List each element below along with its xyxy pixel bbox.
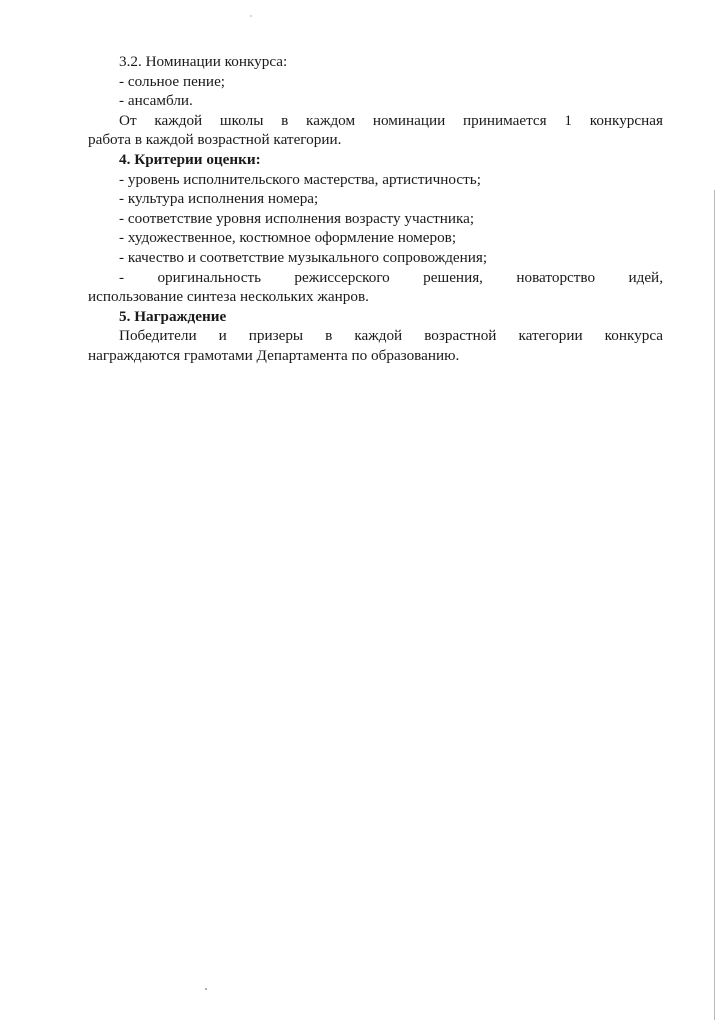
nomination-item: - сольное пение; <box>88 72 663 92</box>
criteria-item: - оригинальность режиссерского решения, … <box>88 268 663 288</box>
scan-speck <box>250 15 252 17</box>
section-3-2-paragraph-line: От каждой школы в каждом номинации прини… <box>88 111 663 131</box>
scan-speck <box>205 988 207 990</box>
nomination-item: - ансамбли. <box>88 91 663 111</box>
criteria-item-continuation: использование синтеза нескольких жанров. <box>88 287 663 307</box>
section-4-heading: 4. Критерии оценки: <box>88 150 663 170</box>
criteria-item: - культура исполнения номера; <box>88 189 663 209</box>
criteria-item: - качество и соответствие музыкального с… <box>88 248 663 268</box>
section-3-2-heading: 3.2. Номинации конкурса: <box>88 52 663 72</box>
section-5-paragraph-line: Победители и призеры в каждой возрастной… <box>88 326 663 346</box>
section-5-heading: 5. Награждение <box>88 307 663 327</box>
criteria-item: - уровень исполнительского мастерства, а… <box>88 170 663 190</box>
section-3-2-paragraph-line: работа в каждой возрастной категории. <box>88 130 663 150</box>
document-page: 3.2. Номинации конкурса: - сольное пение… <box>88 52 663 366</box>
criteria-item: - художественное, костюмное оформление н… <box>88 228 663 248</box>
section-5-paragraph-line: награждаются грамотами Департамента по о… <box>88 346 663 366</box>
criteria-item: - соответствие уровня исполнения возраст… <box>88 209 663 229</box>
scan-edge-line <box>714 190 715 1020</box>
